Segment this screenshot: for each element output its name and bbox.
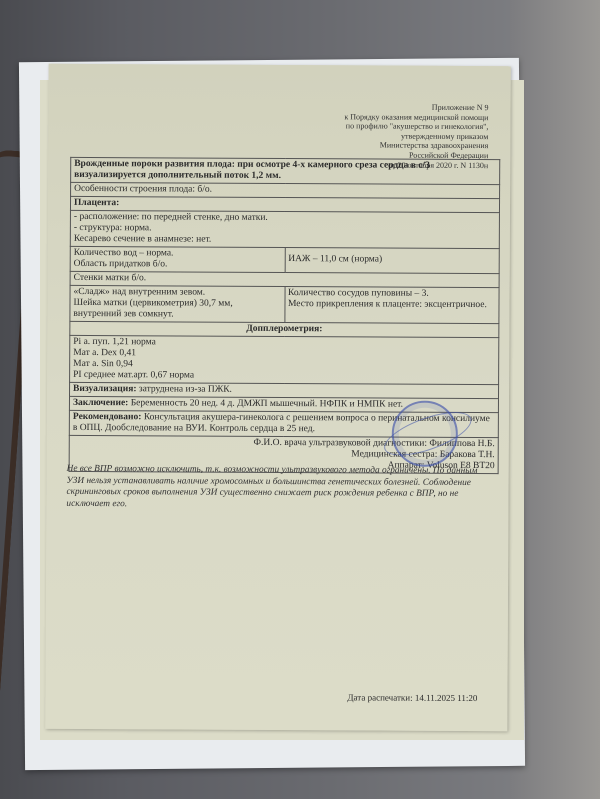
amniotic-fluid-cell: Количество вод – норма. Область придатко…: [70, 246, 285, 272]
disclaimer-text: Не все ВПР возможно исключить, т.к. возм…: [66, 464, 491, 513]
appendix-line: по профилю "акушерство и гинекология",: [344, 122, 488, 132]
doppler-values: Pi a. пуп. 1,21 норма Мат a. Dex 0,41 Ма…: [70, 335, 499, 384]
medical-stamp: [392, 401, 458, 467]
umbilical-cord-cell: Количество сосудов пуповины – 3. Место п…: [284, 287, 499, 324]
afi-cell: ИАЖ – 11,0 см (норма): [285, 248, 500, 274]
ultrasound-report-page: Приложение N 9 к Порядку оказания медици…: [45, 64, 510, 731]
cervix-cell: «Сладж» над внутренним зевом. Шейка матк…: [70, 285, 285, 322]
placenta-details: - расположение: по передней стенке, дно …: [70, 210, 499, 248]
congenital-defects-row: Врожденные пороки развития плода: при ос…: [71, 157, 500, 184]
print-date: Дата распечатки: 14.11.2025 11:20: [347, 692, 477, 703]
